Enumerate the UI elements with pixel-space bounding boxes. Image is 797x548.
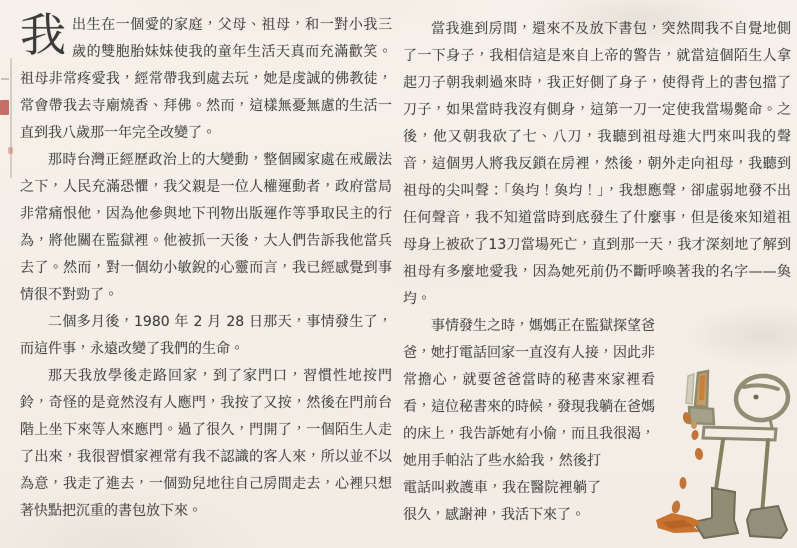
child-drawing-knife-figure-svg (650, 370, 791, 545)
right-leg (762, 440, 768, 514)
scan-red-dot (8, 147, 13, 154)
blood-drops (671, 411, 704, 514)
paragraph: 當我進到房間，還來不及放下書包，突然間我不自覺地側了一下身子，我相信這是來自上帝… (403, 16, 791, 313)
scan-edge-line (10, 58, 12, 178)
paragraph: 那天我放學後走路回家，到了家門口，習慣性地按門鈴，奇怪的是竟然沒有人應門，我按了… (20, 363, 392, 525)
paragraph: 那時台灣正經歷政治上的大變動，整個國家處在戒嚴法之下，人民充滿恐懼，我父親是一位… (20, 147, 392, 309)
left-leg (715, 440, 723, 496)
knife-blade-streak (699, 375, 705, 400)
column-left: 我出生在一個愛的家庭，父母、祖母，和一對小我三歲的雙胞胎妹妹使我的童年生活天真而… (20, 12, 392, 525)
drop-cap: 我 (20, 12, 72, 57)
right-boot (747, 506, 787, 538)
eye-dot (753, 395, 758, 400)
child-drawing-figure-with-knife (601, 313, 791, 529)
column-right: 當我進到房間，還來不及放下書包，突然間我不自覺地側了一下身子，我相信這是來自上帝… (403, 16, 791, 529)
paragraph: 二個多月後，1980 年 2 月 28 日那天，事情發生了，而這件事，永遠改變了… (20, 309, 392, 363)
scan-edge-tick (1, 78, 9, 80)
left-boot (694, 488, 738, 538)
paragraph: 我出生在一個愛的家庭，父母、祖母，和一對小我三歲的雙胞胎妹妹使我的童年生活天真而… (20, 12, 392, 147)
arm (703, 427, 776, 440)
scanned-page: 我出生在一個愛的家庭，父母、祖母，和一對小我三歲的雙胞胎妹妹使我的童年生活天真而… (0, 0, 797, 548)
paragraph-text: 出生在一個愛的家庭，父母、祖母，和一對小我三歲的雙胞胎妹妹使我的童年生活天真而充… (20, 17, 392, 141)
scan-red-mark (0, 100, 9, 115)
